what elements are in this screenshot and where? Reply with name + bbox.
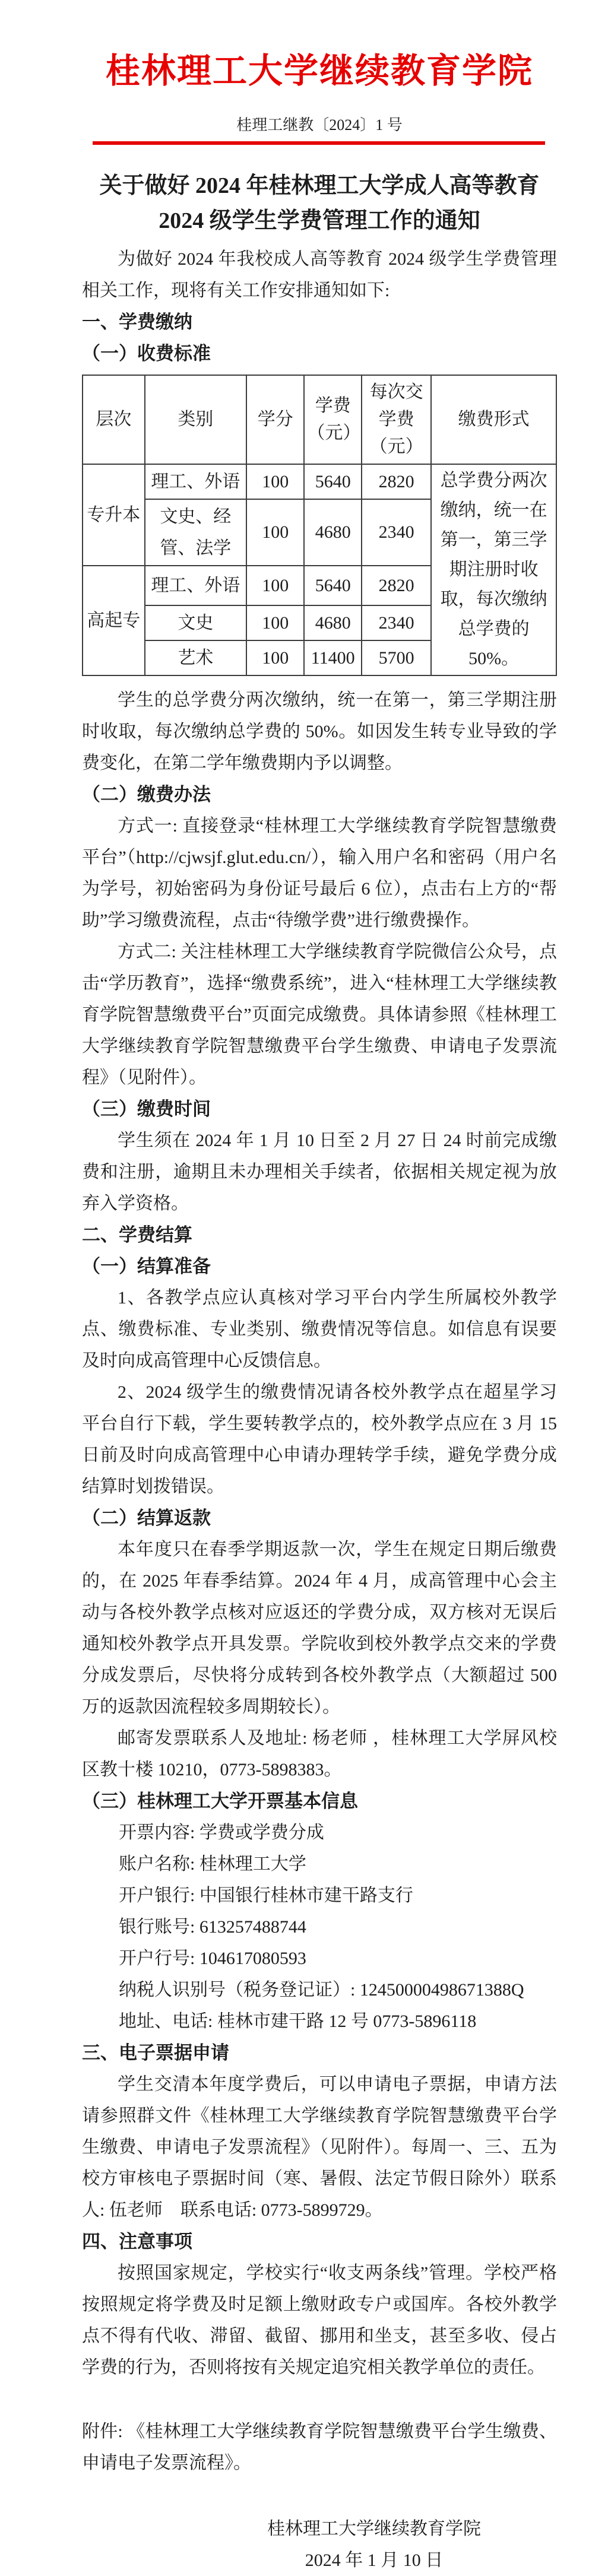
org-title: 桂林理工大学继续教育学院 <box>82 0 557 90</box>
notice-title-line1: 关于做好 2024 年桂林理工大学成人高等教育 <box>82 169 557 204</box>
invoice-info-bank-number: 开户行号: 104617080593 <box>82 1943 557 1974</box>
notice-items-paragraph: 按照国家规定，学校实行“收支两条线”管理。学校严格按照规定将学费及时足额上缴财政… <box>82 2257 557 2383</box>
settlement-item2-paragraph: 2、2024 级学生的缴费情况请各校外教学点在超星学习平台自行下载，学生要转教学… <box>82 1376 557 1502</box>
section1-sub1-heading: （一）收费标准 <box>82 338 557 369</box>
section2-heading: 二、学费结算 <box>82 1219 557 1251</box>
invoice-info-account-number: 银行账号: 613257488744 <box>82 1911 557 1943</box>
mail-invoice-paragraph: 邮寄发票联系人及地址: 杨老师 ，桂林理工大学屏风校区教十楼 10210，077… <box>82 1722 557 1785</box>
invoice-info-address-phone: 地址、电话: 桂林市建干路 12 号 0773-5896118 <box>82 2006 557 2037</box>
invoice-info-bank: 开户银行: 中国银行桂林市建干路支行 <box>82 1880 557 1911</box>
document-content: 桂林理工大学继续教育学院 桂理工继教〔2024〕1 号 关于做好 2024 年桂… <box>82 0 557 2576</box>
document-body: 为做好 2024 年我校成人高等教育 2024 级学生学费管理相关工作，现将有关… <box>82 243 557 2576</box>
table-cell-credits: 100 <box>246 640 304 675</box>
attachment-line: 附件: 《桂林理工大学继续教育学院智慧缴费平台学生缴费、申请电子发票流程》。 <box>82 2416 557 2479</box>
table-cell-category: 艺术 <box>145 640 247 675</box>
e-invoice-paragraph: 学生交清本年度学费后，可以申请电子票据，申请方法请参照群文件《桂林理工大学继续教… <box>82 2069 557 2226</box>
table-cell-credits: 100 <box>246 566 304 605</box>
invoice-info-account-name: 账户名称: 桂林理工大学 <box>82 1848 557 1880</box>
tuition-table: 层次 类别 学分 学费 （元） 每次交 学费 （元） 缴费形式 专升本 理工、外… <box>82 375 557 676</box>
refund-paragraph: 本年度只在春季学期返款一次，学生在规定日期后缴费的，在 2025 年春季结算。2… <box>82 1534 557 1722</box>
table-cell-level-zsb: 专升本 <box>83 464 145 566</box>
table-cell-level-gqz: 高起专 <box>83 566 145 675</box>
table-header-per-payment: 每次交 学费 （元） <box>362 375 431 464</box>
invoice-info-content: 开票内容: 学费或学费分成 <box>82 1817 557 1848</box>
table-row: 专升本 理工、外语 100 5640 2820 总学费分两次缴纳，统一在第一，第… <box>83 464 556 499</box>
payment-method1-paragraph: 方式一: 直接登录“桂林理工大学继续教育学院智慧缴费平台”（http://cjw… <box>82 810 557 936</box>
table-cell-category: 理工、外语 <box>145 566 247 605</box>
red-divider <box>93 141 545 145</box>
table-header-category: 类别 <box>145 375 247 464</box>
signature-inner: 桂林理工大学继续教育学院 2024 年 1 月 10 日 <box>267 2513 481 2576</box>
table-cell-category: 理工、外语 <box>145 464 247 499</box>
section2-sub3-heading: （三）桂林理工大学开票基本信息 <box>82 1785 557 1817</box>
table-cell-per-payment: 2820 <box>362 464 431 499</box>
signature-block: 桂林理工大学继续教育学院 2024 年 1 月 10 日 <box>82 2513 557 2576</box>
table-cell-tuition: 11400 <box>304 640 362 675</box>
intro-paragraph: 为做好 2024 年我校成人高等教育 2024 级学生学费管理相关工作，现将有关… <box>82 243 557 306</box>
section1-sub2-heading: （二）缴费办法 <box>82 779 557 810</box>
table-cell-per-payment: 5700 <box>362 640 431 675</box>
section4-heading: 四、注意事项 <box>82 2226 557 2257</box>
doc-number: 桂理工继教〔2024〕1 号 <box>82 116 557 134</box>
section2-sub2-heading: （二）结算返款 <box>82 1502 557 1534</box>
table-cell-category: 文史、经管、法学 <box>145 499 247 566</box>
document-page: 桂林理工大学继续教育学院 桂理工继教〔2024〕1 号 关于做好 2024 年桂… <box>0 0 608 2576</box>
section1-sub3-heading: （三）缴费时间 <box>82 1093 557 1125</box>
table-header-level: 层次 <box>83 375 145 464</box>
table-header-row: 层次 类别 学分 学费 （元） 每次交 学费 （元） 缴费形式 <box>83 375 556 464</box>
section2-sub1-heading: （一）结算准备 <box>82 1251 557 1282</box>
table-header-credits: 学分 <box>246 375 304 464</box>
signature-date: 2024 年 1 月 10 日 <box>267 2545 481 2576</box>
section1-heading: 一、学费缴纳 <box>82 306 557 338</box>
notice-title-line2: 2024 级学生学费管理工作的通知 <box>82 204 557 239</box>
table-cell-tuition: 5640 <box>304 464 362 499</box>
tuition-summary-paragraph: 学生的总学费分两次缴纳，统一在第一，第三学期注册时收取，每次缴纳总学费的 50%… <box>82 684 557 779</box>
attachment-block: 附件: 《桂林理工大学继续教育学院智慧缴费平台学生缴费、申请电子发票流程》。 <box>82 2416 557 2479</box>
table-cell-tuition: 5640 <box>304 566 362 605</box>
section3-heading: 三、电子票据申请 <box>82 2037 557 2069</box>
table-cell-per-payment: 2340 <box>362 499 431 566</box>
notice-title: 关于做好 2024 年桂林理工大学成人高等教育 2024 级学生学费管理工作的通… <box>82 169 557 239</box>
table-cell-per-payment: 2340 <box>362 605 431 640</box>
signature-org: 桂林理工大学继续教育学院 <box>267 2513 481 2545</box>
table-cell-payment-form: 总学费分两次缴纳，统一在第一，第三学期注册时收取，每次缴纳总学费的50%。 <box>431 464 556 675</box>
table-cell-per-payment: 2820 <box>362 566 431 605</box>
invoice-info-tax-id: 纳税人识别号（税务登记证）: 12450000498671388Q <box>82 1974 557 2006</box>
settlement-item1-paragraph: 1、各教学点应认真核对学习平台内学生所属校外教学点、缴费标准、专业类别、缴费情况… <box>82 1282 557 1376</box>
table-cell-credits: 100 <box>246 605 304 640</box>
table-cell-category: 文史 <box>145 605 247 640</box>
table-cell-tuition: 4680 <box>304 499 362 566</box>
payment-method2-paragraph: 方式二: 关注桂林理工大学继续教育学院微信公众号，点击“学历教育”，选择“缴费系… <box>82 936 557 1093</box>
table-cell-credits: 100 <box>246 499 304 566</box>
table-cell-tuition: 4680 <box>304 605 362 640</box>
table-header-tuition: 学费 （元） <box>304 375 362 464</box>
table-cell-credits: 100 <box>246 464 304 499</box>
payment-time-paragraph: 学生须在 2024 年 1 月 10 日至 2 月 27 日 24 时前完成缴费… <box>82 1125 557 1219</box>
table-header-payment-form: 缴费形式 <box>431 375 556 464</box>
